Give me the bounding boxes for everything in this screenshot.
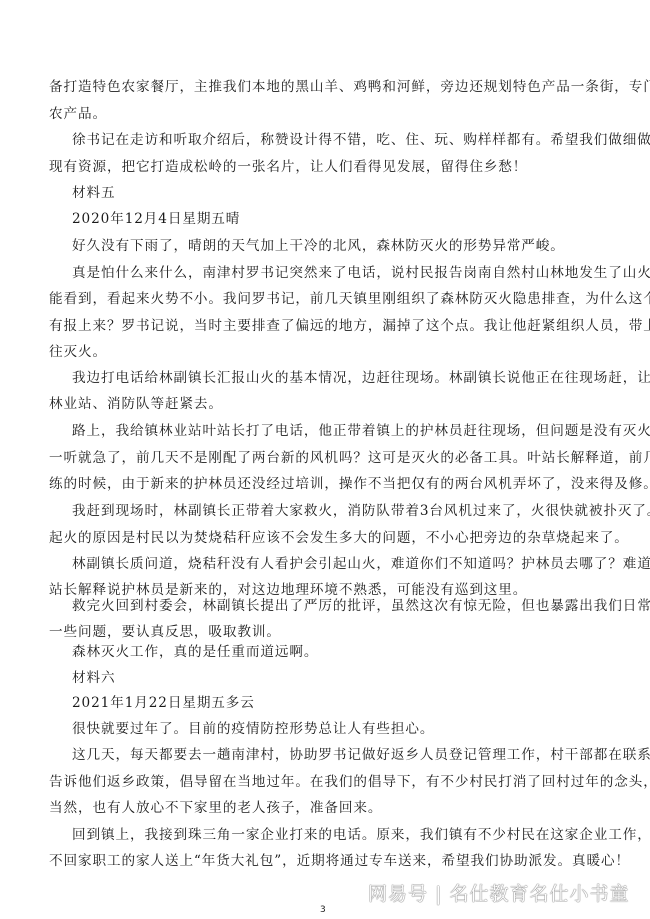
text-line: 回到镇上，我接到珠三角一家企业打来的电话。原来，我们镇有不少村民在这家企业工作，… [72,826,601,844]
text-line: 徐书记在走访和听取介绍后，称赞设计得不错，吃、住、玩、购样样都有。希望我们做细做… [72,131,601,149]
text-line: 告诉他们返乡政策，倡导留在当地过年。在我们的倡导下，有不少村民打消了回村过年的念… [49,773,601,791]
text-line: 我边打电话给林副镇长汇报山火的基本情况，边赶往现场。林副镇长说他正在往现场赶，让… [72,369,601,387]
text-line: 材料五 [72,184,601,202]
text-line: 一听就急了，前几天不是刚配了两台新的风机吗？这可是灭火的必备工具。叶站长解释道，… [49,449,601,467]
text-line: 路上，我给镇林业站叶站长打了电话，他正带着镇上的护林员赶往现场，但问题是没有灭火… [72,422,601,440]
text-line: 我赶到现场时，林副镇长正带着大家救火，消防队带着3台风机过来了，火很快就被扑灭了… [72,502,601,520]
document-page: 备打造特色农家餐厅，主推我们本地的黑山羊、鸡鸭和河鲜，旁边还规划特色产品一条街，… [0,0,650,919]
text-line: 好久没有下雨了，晴朗的天气加上干冷的北风，森林防灭火的形势异常严峻。 [72,237,601,255]
text-line: 起火的原因是村民以为焚烧秸秆应该不会发生多大的问题，不小心把旁边的杂草烧起来了。 [49,529,601,547]
text-line: 这几天，每天都要去一趟南津村，协助罗书记做好返乡人员登记管理工作，村干部都在联系… [72,746,601,764]
text-line: 往灭火。 [49,343,601,361]
text-line: 不回家职工的家人送上“年货大礼包”，近期将通过专车送来，希望我们协助派发。真暖心… [49,852,601,870]
text-line: 能看到，看起来火势不小。我问罗书记，前几天镇里刚组织了森林防灭火隐患排查，为什么… [49,290,601,308]
text-line: 林业站、消防队等赶紧去。 [49,395,601,413]
text-line: 备打造特色农家餐厅，主推我们本地的黑山羊、鸡鸭和河鲜，旁边还规划特色产品一条街，… [49,78,601,96]
page-number: 3 [320,905,326,915]
text-line: 现有资源，把它打造成松岭的一张名片，让人们看得见发展，留得住乡愁！ [49,158,601,176]
text-line: 练的时候，由于新来的护林员还没经过培训，操作不当把仅有的两台风机弄坏了，没来得及… [49,475,601,493]
text-line: 很快就要过年了。目前的疫情防控形势总让人有些担心。 [72,720,601,738]
text-line: 2021年1月22日星期五多云 [72,694,601,712]
text-line: 材料六 [72,669,601,687]
text-line: 救完火回到村委会，林副镇长提出了严厉的批评，虽然这次有惊无险，但也暴露出我们日常… [72,597,601,615]
text-line: 当然，也有人放心不下家里的老人孩子，准备回来。 [49,799,601,817]
watermark: 网易号 | 名仕教育名仕小书童 [368,879,629,906]
text-line: 农产品。 [49,105,601,123]
text-line: 森林灭火工作，真的是任重而道远啊。 [72,643,601,661]
text-line: 真是怕什么来什么，南津村罗书记突然来了电话，说村民报告岗南自然村山林地发生了山火… [72,264,601,282]
text-line: 林副镇长质问道，烧秸秆没有人看护会引起山火，难道你们不知道吗？护林员去哪了？难道… [72,555,601,573]
text-line: 一些问题，要认真反思，吸取教训。 [49,623,601,641]
text-line: 2020年12月4日星期五晴 [72,210,601,228]
text-line: 有报上来？罗书记说，当时主要排查了偏远的地方，漏掉了这个点。我让他赶紧组织人员，… [49,317,601,335]
